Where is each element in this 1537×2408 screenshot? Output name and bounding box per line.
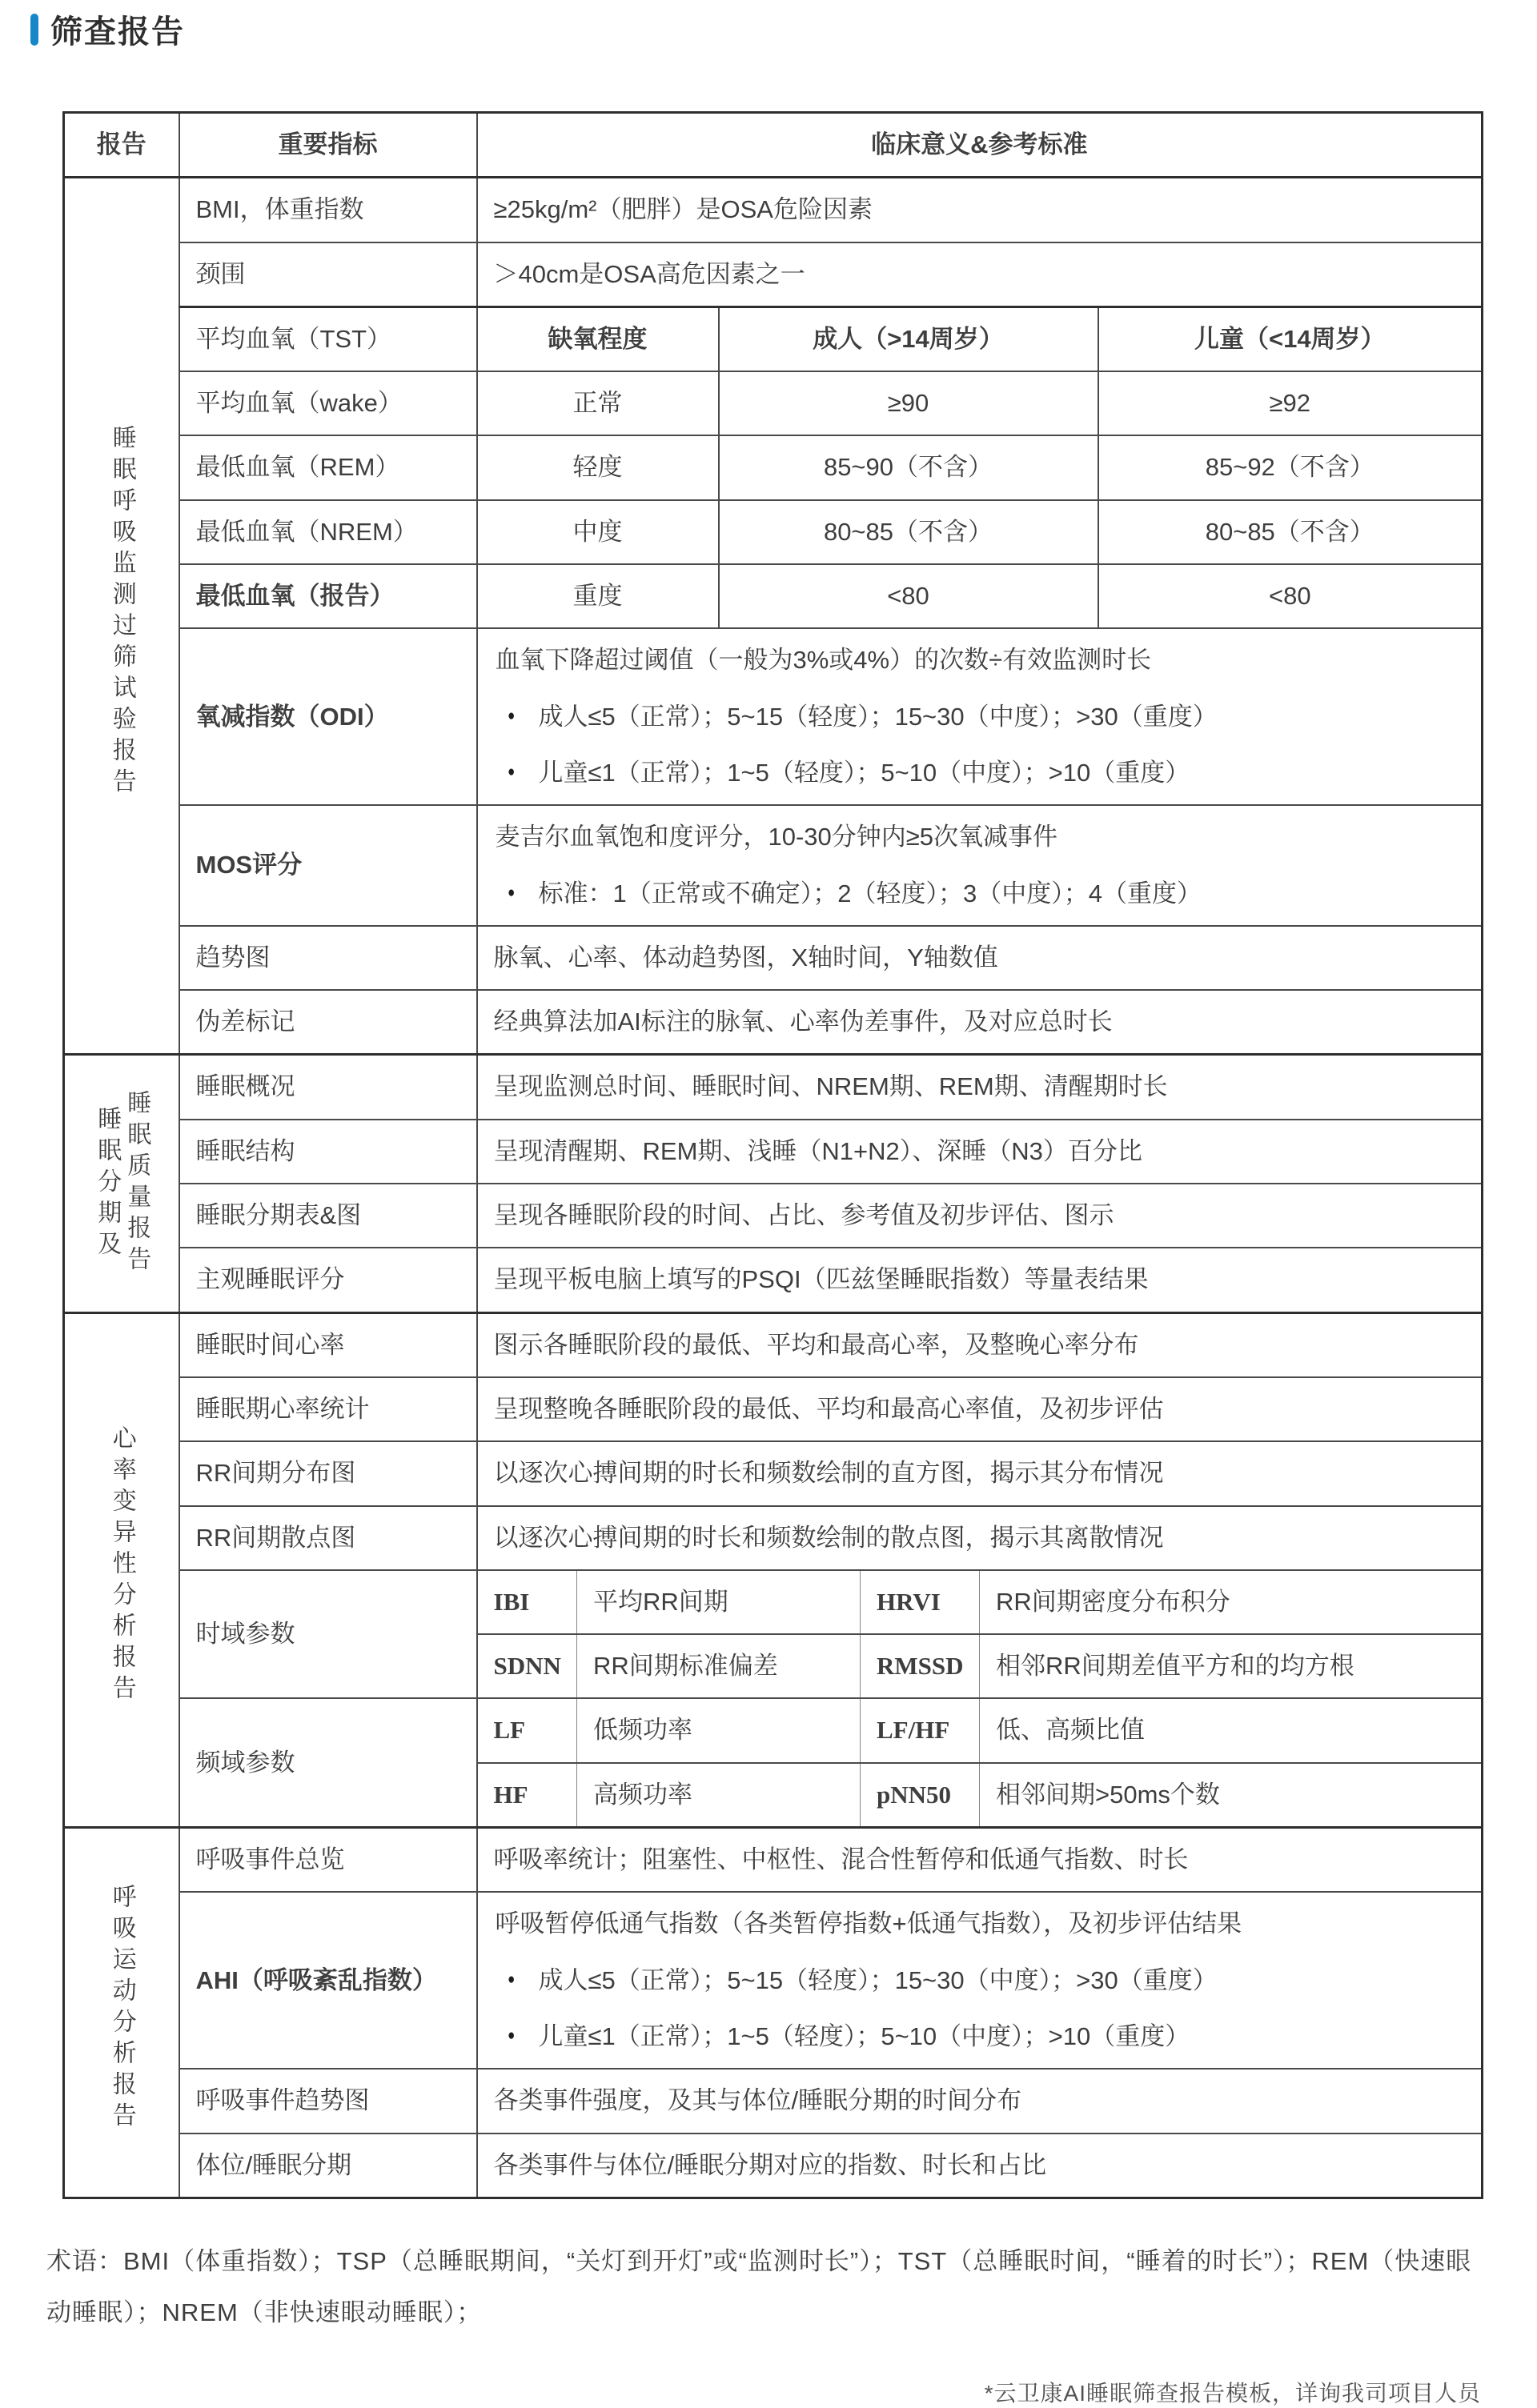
param-desc-cell: RR间期密度分布积分 <box>980 1570 1483 1634</box>
bullet-item: 标准：1（正常或不确定）；2（轻度）；3（中度）；4（重度） <box>494 878 1466 910</box>
row-oxygen-header: 平均血氧（TST） 缺氧程度 成人（>14周岁） 儿童（<14周岁） <box>64 307 1483 371</box>
row-time-domain-1: 时域参数 IBI 平均RR间期 HRVI RR间期密度分布积分 <box>64 1570 1483 1634</box>
indicator-cell: 最低血氧（NREM） <box>179 500 477 564</box>
screening-report-table: 报告 重要指标 临床意义&参考标准 睡眠呼吸监测过筛试验报告 BMI，体重指数 … <box>62 111 1483 2199</box>
ahi-intro: 呼吸暂停低通气指数（各类暂停指数+低通气指数），及初步评估结果 <box>496 1908 1466 1940</box>
row-bmi: 睡眠呼吸监测过筛试验报告 BMI，体重指数 ≥25kg/m²（肥胖）是OSA危险… <box>64 178 1483 242</box>
indicator-cell: 主观睡眠评分 <box>179 1248 477 1312</box>
clinical-cell: 以逐次心搏间期的时长和频数绘制的直方图，揭示其分布情况 <box>477 1441 1483 1505</box>
adult-cell: 80~85（不含） <box>719 500 1098 564</box>
clinical-cell: 呼吸暂停低通气指数（各类暂停指数+低通气指数），及初步评估结果 成人≤5（正常）… <box>477 1892 1483 2069</box>
indicator-cell: 时域参数 <box>179 1570 477 1699</box>
table-header-row: 报告 重要指标 临床意义&参考标准 <box>64 113 1483 178</box>
row-artifact: 伪差标记 经典算法加AI标注的脉氧、心率伪差事件，及对应总时长 <box>64 990 1483 1055</box>
group-label-respiratory: 呼吸运动分析报告 <box>64 1828 179 2198</box>
row-subjective-score: 主观睡眠评分 呈现平板电脑上填写的PSQI（匹兹堡睡眠指数）等量表结果 <box>64 1248 1483 1312</box>
row-oxygen-report: 最低血氧（报告） 重度 <80 <80 <box>64 564 1483 628</box>
row-oxygen-wake: 平均血氧（wake） 正常 ≥90 ≥92 <box>64 371 1483 435</box>
clinical-cell: 各类事件强度，及其与体位/睡眠分期的时间分布 <box>477 2069 1483 2133</box>
indicator-cell: RR间期分布图 <box>179 1441 477 1505</box>
adult-cell: ≥90 <box>719 371 1098 435</box>
indicator-cell: 体位/睡眠分期 <box>179 2134 477 2198</box>
indicator-cell: 睡眠概况 <box>179 1055 477 1120</box>
severity-cell: 中度 <box>477 500 719 564</box>
row-neck: 颈围 ＞40cm是OSA高危因素之一 <box>64 242 1483 307</box>
row-position-stage: 体位/睡眠分期 各类事件与体位/睡眠分期对应的指数、时长和占比 <box>64 2134 1483 2198</box>
indicator-cell: BMI，体重指数 <box>179 178 477 242</box>
child-cell: 80~85（不含） <box>1098 500 1483 564</box>
clinical-cell: 脉氧、心率、体动趋势图，X轴时间，Y轴数值 <box>477 926 1483 990</box>
row-oxygen-nrem: 最低血氧（NREM） 中度 80~85（不含） 80~85（不含） <box>64 500 1483 564</box>
page-title: 筛查报告 <box>50 6 185 52</box>
footer-note: *云卫康AI睡眠筛查报告模板，详询我司项目人员 <box>0 2376 1481 2408</box>
row-rr-histogram: RR间期分布图 以逐次心搏间期的时长和频数绘制的直方图，揭示其分布情况 <box>64 1441 1483 1505</box>
param-abbr-cell: HF <box>477 1763 577 1828</box>
child-cell: ≥92 <box>1098 371 1483 435</box>
odi-intro: 血氧下降超过阈值（一般为3%或4%）的次数÷有效监测时长 <box>496 644 1466 676</box>
param-desc-cell: 低、高频比值 <box>980 1698 1483 1762</box>
param-abbr-cell: LF <box>477 1698 577 1762</box>
row-ahi: AHI（呼吸紊乱指数） 呼吸暂停低通气指数（各类暂停指数+低通气指数），及初步评… <box>64 1892 1483 2069</box>
group-label-sleep-stage: 睡眠分期及 睡眠质量报告 <box>64 1055 179 1312</box>
clinical-cell: 呼吸率统计；阻塞性、中枢性、混合性暂停和低通气指数、时长 <box>477 1828 1483 1893</box>
indicator-cell: 睡眠分期表&图 <box>179 1184 477 1248</box>
param-abbr-cell: HRVI <box>861 1570 980 1634</box>
severity-cell: 重度 <box>477 564 719 628</box>
indicator-cell: AHI（呼吸紊乱指数） <box>179 1892 477 2069</box>
clinical-cell: 经典算法加AI标注的脉氧、心率伪差事件，及对应总时长 <box>477 990 1483 1055</box>
adult-header-cell: 成人（>14周岁） <box>719 307 1098 371</box>
indicator-cell: 频域参数 <box>179 1698 477 1827</box>
severity-header-cell: 缺氧程度 <box>477 307 719 371</box>
row-oxygen-rem: 最低血氧（REM） 轻度 85~90（不含） 85~92（不含） <box>64 435 1483 499</box>
row-resp-trend: 呼吸事件趋势图 各类事件强度，及其与体位/睡眠分期的时间分布 <box>64 2069 1483 2133</box>
indicator-cell: 伪差标记 <box>179 990 477 1055</box>
group-label-hrv: 心率变异性分析报告 <box>64 1312 179 1827</box>
row-sleep-time-hr: 心率变异性分析报告 睡眠时间心率 图示各睡眠阶段的最低、平均和最高心率，及整晚心… <box>64 1312 1483 1377</box>
bullet-item: 成人≤5（正常）；5~15（轻度）；15~30（中度）；>30（重度） <box>494 701 1466 733</box>
clinical-cell: 呈现各睡眠阶段的时间、占比、参考值及初步评估、图示 <box>477 1184 1483 1248</box>
bullet-item: 成人≤5（正常）；5~15（轻度）；15~30（中度）；>30（重度） <box>494 1965 1466 1997</box>
header-meaning-col: 临床意义&参考标准 <box>477 113 1483 178</box>
row-sleep-overview: 睡眠分期及 睡眠质量报告 睡眠概况 呈现监测总时间、睡眠时间、NREM期、REM… <box>64 1055 1483 1120</box>
param-abbr-cell: pNN50 <box>861 1763 980 1828</box>
param-abbr-cell: LF/HF <box>861 1698 980 1762</box>
row-freq-domain-1: 频域参数 LF 低频功率 LF/HF 低、高频比值 <box>64 1698 1483 1762</box>
param-desc-cell: 低频功率 <box>577 1698 861 1762</box>
indicator-cell: 平均血氧（TST） <box>179 307 477 371</box>
param-desc-cell: 平均RR间期 <box>577 1570 861 1634</box>
severity-cell: 正常 <box>477 371 719 435</box>
bullet-item: 儿童≤1（正常）；1~5（轻度）；5~10（中度）；>10（重度） <box>494 2021 1466 2053</box>
indicator-cell: 睡眠时间心率 <box>179 1312 477 1377</box>
severity-cell: 轻度 <box>477 435 719 499</box>
param-abbr-cell: RMSSD <box>861 1634 980 1698</box>
bullet-item: 儿童≤1（正常）；1~5（轻度）；5~10（中度）；>10（重度） <box>494 757 1466 789</box>
indicator-cell: 最低血氧（REM） <box>179 435 477 499</box>
footer-terms: 术语：BMI（体重指数）；TSP（总睡眠期间，“关灯到开灯”或“监测时长”）；T… <box>46 2236 1487 2339</box>
indicator-cell: MOS评分 <box>179 805 477 926</box>
page-header: 筛查报告 <box>30 6 1537 52</box>
indicator-cell: 最低血氧（报告） <box>179 564 477 628</box>
row-sleep-structure: 睡眠结构 呈现清醒期、REM期、浅睡（N1+N2）、深睡（N3）百分比 <box>64 1120 1483 1184</box>
indicator-cell: 趋势图 <box>179 926 477 990</box>
header-indicator-col: 重要指标 <box>179 113 477 178</box>
indicator-cell: 呼吸事件总览 <box>179 1828 477 1893</box>
group-label-sleep-breath: 睡眠呼吸监测过筛试验报告 <box>64 178 179 1055</box>
param-abbr-cell: SDNN <box>477 1634 577 1698</box>
clinical-cell: 图示各睡眠阶段的最低、平均和最高心率，及整晚心率分布 <box>477 1312 1483 1377</box>
param-desc-cell: 高频功率 <box>577 1763 861 1828</box>
row-sleep-stage-chart: 睡眠分期表&图 呈现各睡眠阶段的时间、占比、参考值及初步评估、图示 <box>64 1184 1483 1248</box>
row-trend: 趋势图 脉氧、心率、体动趋势图，X轴时间，Y轴数值 <box>64 926 1483 990</box>
indicator-cell: 氧减指数（ODI） <box>179 628 477 805</box>
param-desc-cell: RR间期标准偏差 <box>577 1634 861 1698</box>
indicator-cell: RR间期散点图 <box>179 1506 477 1570</box>
row-odi: 氧减指数（ODI） 血氧下降超过阈值（一般为3%或4%）的次数÷有效监测时长 成… <box>64 628 1483 805</box>
title-accent-bar <box>30 14 38 46</box>
indicator-cell: 呼吸事件趋势图 <box>179 2069 477 2133</box>
adult-cell: 85~90（不含） <box>719 435 1098 499</box>
indicator-cell: 睡眠期心率统计 <box>179 1377 477 1441</box>
child-header-cell: 儿童（<14周岁） <box>1098 307 1483 371</box>
row-mos: MOS评分 麦吉尔血氧饱和度评分，10-30分钟内≥5次氧减事件 标准：1（正常… <box>64 805 1483 926</box>
row-rr-scatter: RR间期散点图 以逐次心搏间期的时长和频数绘制的散点图，揭示其离散情况 <box>64 1506 1483 1570</box>
clinical-cell: 以逐次心搏间期的时长和频数绘制的散点图，揭示其离散情况 <box>477 1506 1483 1570</box>
indicator-cell: 平均血氧（wake） <box>179 371 477 435</box>
clinical-cell: ≥25kg/m²（肥胖）是OSA危险因素 <box>477 178 1483 242</box>
param-desc-cell: 相邻RR间期差值平方和的均方根 <box>980 1634 1483 1698</box>
clinical-cell: 呈现监测总时间、睡眠时间、NREM期、REM期、清醒期时长 <box>477 1055 1483 1120</box>
child-cell: 85~92（不含） <box>1098 435 1483 499</box>
mos-intro: 麦吉尔血氧饱和度评分，10-30分钟内≥5次氧减事件 <box>496 821 1466 853</box>
clinical-cell: 各类事件与体位/睡眠分期对应的指数、时长和占比 <box>477 2134 1483 2198</box>
clinical-cell: 呈现清醒期、REM期、浅睡（N1+N2）、深睡（N3）百分比 <box>477 1120 1483 1184</box>
child-cell: <80 <box>1098 564 1483 628</box>
clinical-cell: 呈现整晚各睡眠阶段的最低、平均和最高心率值，及初步评估 <box>477 1377 1483 1441</box>
clinical-cell: 麦吉尔血氧饱和度评分，10-30分钟内≥5次氧减事件 标准：1（正常或不确定）；… <box>477 805 1483 926</box>
row-sleep-hr-stats: 睡眠期心率统计 呈现整晚各睡眠阶段的最低、平均和最高心率值，及初步评估 <box>64 1377 1483 1441</box>
indicator-cell: 颈围 <box>179 242 477 307</box>
header-report-col: 报告 <box>64 113 179 178</box>
adult-cell: <80 <box>719 564 1098 628</box>
param-abbr-cell: IBI <box>477 1570 577 1634</box>
clinical-cell: ＞40cm是OSA高危因素之一 <box>477 242 1483 307</box>
param-desc-cell: 相邻间期>50ms个数 <box>980 1763 1483 1828</box>
indicator-cell: 睡眠结构 <box>179 1120 477 1184</box>
clinical-cell: 血氧下降超过阈值（一般为3%或4%）的次数÷有效监测时长 成人≤5（正常）；5~… <box>477 628 1483 805</box>
row-resp-overview: 呼吸运动分析报告 呼吸事件总览 呼吸率统计；阻塞性、中枢性、混合性暂停和低通气指… <box>64 1828 1483 1893</box>
clinical-cell: 呈现平板电脑上填写的PSQI（匹兹堡睡眠指数）等量表结果 <box>477 1248 1483 1312</box>
